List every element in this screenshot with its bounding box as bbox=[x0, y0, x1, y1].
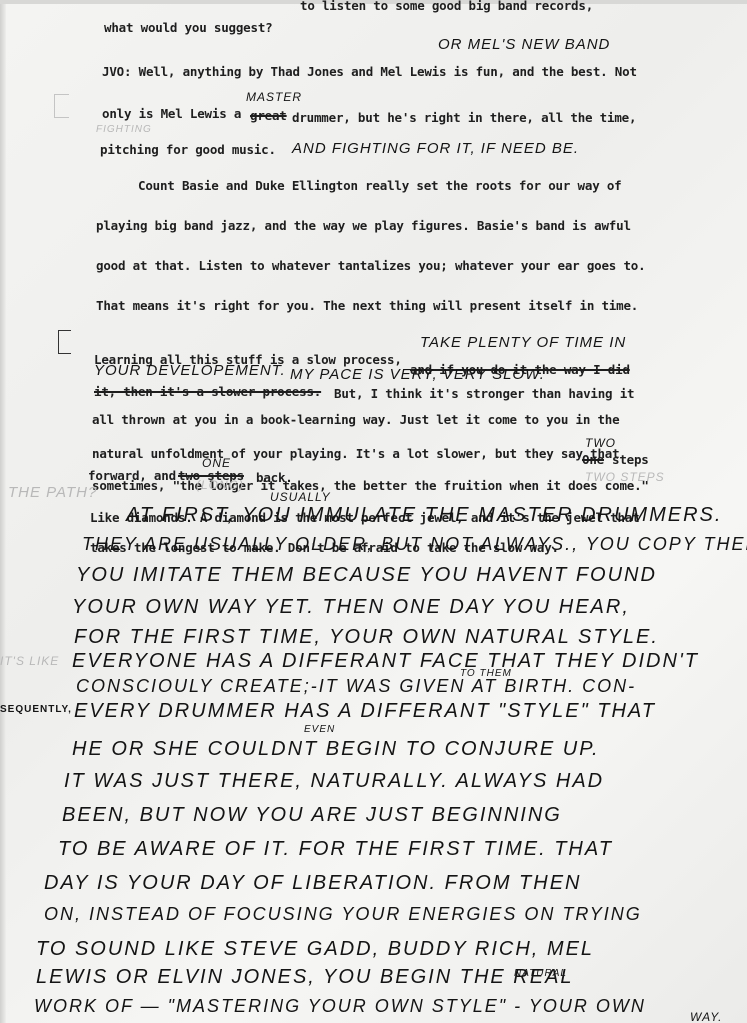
annotation-two: Two bbox=[585, 436, 616, 450]
annotation-the-path: The path? bbox=[8, 484, 97, 501]
annotation-long-faint: (long) bbox=[196, 478, 244, 492]
typed-struck-word: great bbox=[250, 108, 287, 123]
handwritten-line: day is your day of liberation. From then bbox=[44, 872, 582, 895]
typed-line: steps bbox=[612, 452, 649, 467]
annotation-two-steps-faint: Two steps bbox=[585, 470, 665, 484]
annotation-usually: usually bbox=[270, 490, 331, 504]
handwritten-line: consciouly create;-it was given at birth… bbox=[76, 676, 636, 697]
typed-line: pitching for good music. bbox=[100, 142, 276, 157]
handwritten-line: to sound like Steve Gadd, Buddy Rich, Me… bbox=[36, 938, 594, 961]
annotation-fighting-margin: Fighting bbox=[96, 124, 152, 135]
typed-line: playing big band jazz, and the way we pl… bbox=[96, 218, 631, 233]
page-edge bbox=[0, 0, 6, 1023]
annotation-my-pace: My pace is very, very slow. bbox=[290, 366, 545, 383]
handwritten-line: Lewis or Elvin Jones, you begin the real bbox=[36, 966, 574, 989]
handwritten-line: your own way yet. Then one day you hear, bbox=[72, 596, 630, 619]
handwritten-line: to be aware of it. For the first time. T… bbox=[58, 838, 613, 861]
handwritten-line: At first, you immulate the master drumme… bbox=[126, 504, 722, 527]
annotation-its-like: It's like bbox=[0, 654, 59, 668]
handwritten-line: work of — "Mastering your own style" - y… bbox=[34, 996, 646, 1017]
handwritten-line: every drummer has a differant "style" th… bbox=[74, 700, 656, 723]
typed-line: But, I think it's stronger than having i… bbox=[334, 386, 634, 401]
typed-struck-word: One bbox=[582, 452, 604, 467]
handwritten-line: It was just there, naturally. Always had bbox=[64, 770, 604, 793]
annotation-your-development: your developement. bbox=[94, 362, 286, 379]
typed-line: what would you suggest? bbox=[104, 20, 273, 35]
margin-bracket bbox=[54, 94, 69, 118]
annotation-mels-new-band: or Mel's new band bbox=[438, 36, 610, 53]
annotation-sequently: sequently, bbox=[0, 704, 72, 715]
typed-line: natural unfoldment of your playing. It's… bbox=[92, 446, 619, 461]
annotation-to-them: to them bbox=[460, 668, 512, 679]
margin-bracket bbox=[58, 330, 71, 354]
typed-line: only is Mel Lewis a bbox=[102, 106, 241, 121]
annotation-and-fighting: And fighting for it, if need be. bbox=[292, 140, 579, 157]
handwritten-line: on, instead of focusing your energies on… bbox=[44, 904, 642, 925]
annotation-even: even bbox=[304, 724, 335, 735]
handwritten-line: way. bbox=[690, 1010, 722, 1023]
annotation-natural: natural bbox=[514, 968, 567, 979]
handwritten-line: he or she couldnt begin to conjure up. bbox=[72, 738, 600, 761]
handwritten-line: for the first time, your own natural sty… bbox=[74, 626, 659, 649]
typed-line: to listen to some good big band records, bbox=[300, 0, 593, 13]
typed-line: drummer, but he's right in there, all th… bbox=[292, 110, 636, 125]
typed-line: good at that. Listen to whatever tantali… bbox=[96, 258, 645, 273]
typed-line: forward, and bbox=[88, 468, 176, 483]
typed-line: That means it's right for you. The next … bbox=[96, 298, 638, 313]
typed-struck-text: it, then it's a slower process. bbox=[94, 384, 321, 399]
handwritten-line: You imitate them because you havent foun… bbox=[76, 564, 657, 587]
typed-line: back. bbox=[256, 470, 293, 485]
typed-line: JVO: Well, anything by Thad Jones and Me… bbox=[102, 64, 637, 79]
typed-line: all thrown at you in a book-learning way… bbox=[92, 412, 619, 427]
handwritten-line: They are usually older, but not always.,… bbox=[82, 534, 747, 555]
typed-line: Count Basie and Duke Ellington really se… bbox=[138, 178, 622, 193]
handwritten-line: been, but now you are just beginning bbox=[62, 804, 562, 827]
handwritten-line: Everyone has a differant face that they … bbox=[72, 650, 699, 673]
annotation-master: Master bbox=[246, 90, 302, 104]
annotation-take-plenty: Take plenty of time in bbox=[420, 334, 626, 351]
